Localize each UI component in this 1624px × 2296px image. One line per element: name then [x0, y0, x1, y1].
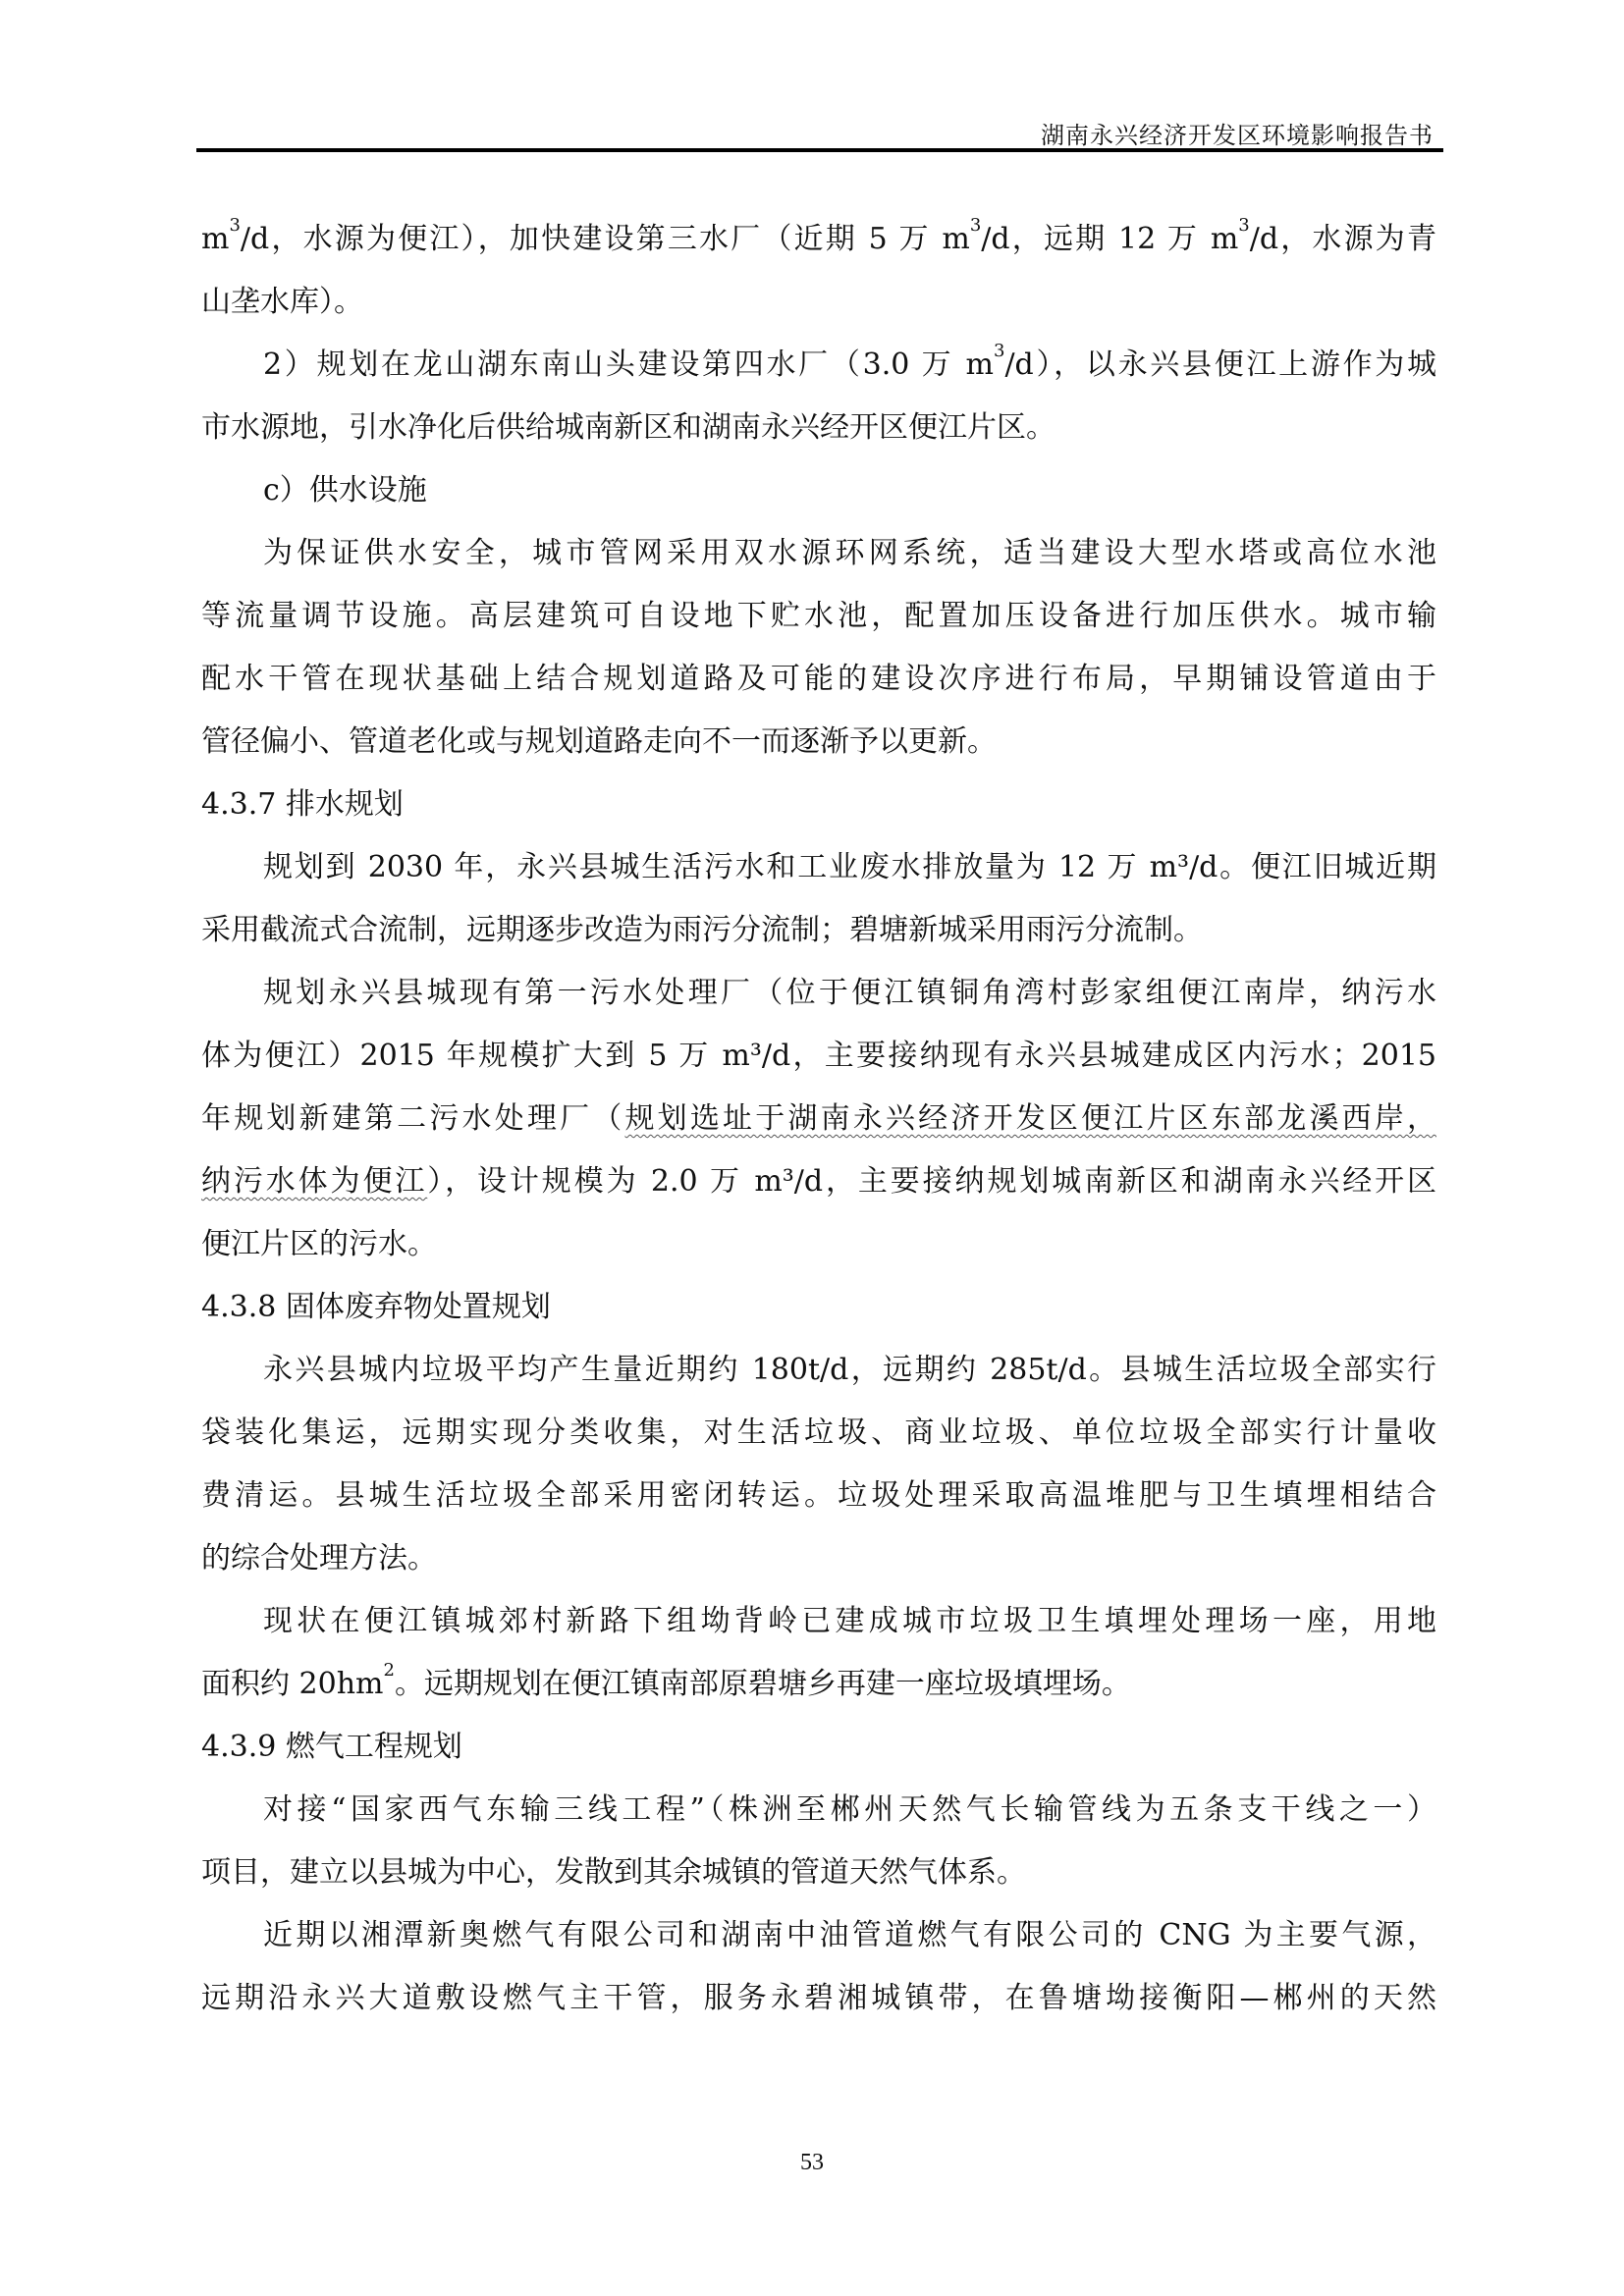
- text-line: 便江片区的污水。: [201, 1225, 1436, 1288]
- text-line: m3/d，水源为便江），加快建设第三水厂（近期 5 万 m3/d，远期 12 万…: [201, 220, 1436, 283]
- text-line: 项目，建立以县城为中心，发散到其余城镇的管道天然气体系。: [201, 1853, 1436, 1916]
- text-line: 2）规划在龙山湖东南山头建设第四水厂（3.0 万 m3/d），以永兴县便江上游作…: [201, 346, 1436, 408]
- section-heading-solid-waste: 4.3.8 固体废弃物处置规划: [201, 1288, 1436, 1351]
- text-line: 管径偏小、管道老化或与规划道路走向不一而逐渐予以更新。: [201, 722, 1436, 785]
- text-line: 规划永兴县城现有第一污水处理厂（位于便江镇铜角湾村彭家组便江南岸，纳污水: [201, 974, 1436, 1037]
- text-line: 面积约 20hm2。远期规划在便江镇南部原碧塘乡再建一座垃圾填埋场。: [201, 1665, 1436, 1728]
- text-line: 山垄水库）。: [201, 283, 1436, 346]
- text-line: 的综合处理方法。: [201, 1539, 1436, 1602]
- text-line: 远期沿永兴大道敷设燃气主干管，服务永碧湘城镇带，在鲁塘坳接衡阳—郴州的天然: [201, 1979, 1436, 2042]
- text-line: 规划到 2030 年，永兴县城生活污水和工业废水排放量为 12 万 m³/d。便…: [201, 848, 1436, 911]
- text-line: 费清运。县城生活垃圾全部采用密闭转运。垃圾处理采取高温堆肥与卫生填埋相结合: [201, 1476, 1436, 1539]
- page-body: m3/d，水源为便江），加快建设第三水厂（近期 5 万 m3/d，远期 12 万…: [201, 220, 1436, 2042]
- text-line: 纳污水体为便江），设计规模为 2.0 万 m³/d，主要接纳规划城南新区和湖南永…: [201, 1162, 1436, 1225]
- text-line: 年规划新建第二污水处理厂（规划选址于湖南永兴经济开发区便江片区东部龙溪西岸，: [201, 1099, 1436, 1162]
- section-heading-drainage: 4.3.7 排水规划: [201, 785, 1436, 848]
- grammar-check-underline: 纳污水体为便江: [201, 1164, 427, 1199]
- text-line: 等流量调节设施。高层建筑可自设地下贮水池，配置加压设备进行加压供水。城市输: [201, 597, 1436, 660]
- text-line: 永兴县城内垃圾平均产生量近期约 180t/d，远期约 285t/d。县城生活垃圾…: [201, 1351, 1436, 1414]
- text-line: 为保证供水安全，城市管网采用双水源环网系统，适当建设大型水塔或高位水池: [201, 534, 1436, 597]
- text-line: 近期以湘潭新奥燃气有限公司和湖南中油管道燃气有限公司的 CNG 为主要气源，: [201, 1916, 1436, 1979]
- grammar-check-underline: 规划选址于湖南永兴经济开发区便江片区东部龙溪西岸，: [624, 1101, 1436, 1136]
- text-line: 袋装化集运，远期实现分类收集，对生活垃圾、商业垃圾、单位垃圾全部实行计量收: [201, 1414, 1436, 1476]
- text-line: 现状在便江镇城郊村新路下组坳背岭已建成城市垃圾卫生填埋处理场一座，用地: [201, 1602, 1436, 1665]
- text-line: 体为便江）2015 年规模扩大到 5 万 m³/d，主要接纳现有永兴县城建成区内…: [201, 1037, 1436, 1099]
- text-line: 对接“国家西气东输三线工程”（株洲至郴州天然气长输管线为五条支干线之一）: [201, 1790, 1436, 1853]
- document-title: 湖南永兴经济开发区环境影响报告书: [1041, 116, 1434, 150]
- text-line: 采用截流式合流制，远期逐步改造为雨污分流制；碧塘新城采用雨污分流制。: [201, 911, 1436, 974]
- section-heading-gas: 4.3.9 燃气工程规划: [201, 1728, 1436, 1790]
- page-number: 53: [0, 2150, 1624, 2176]
- subheading-water-facilities: c）供水设施: [201, 471, 1436, 534]
- header-divider: [196, 148, 1443, 152]
- text-line: 市水源地，引水净化后供给城南新区和湖南永兴经开区便江片区。: [201, 408, 1436, 471]
- text-line: 配水干管在现状基础上结合规划道路及可能的建设次序进行布局，早期铺设管道由于: [201, 660, 1436, 722]
